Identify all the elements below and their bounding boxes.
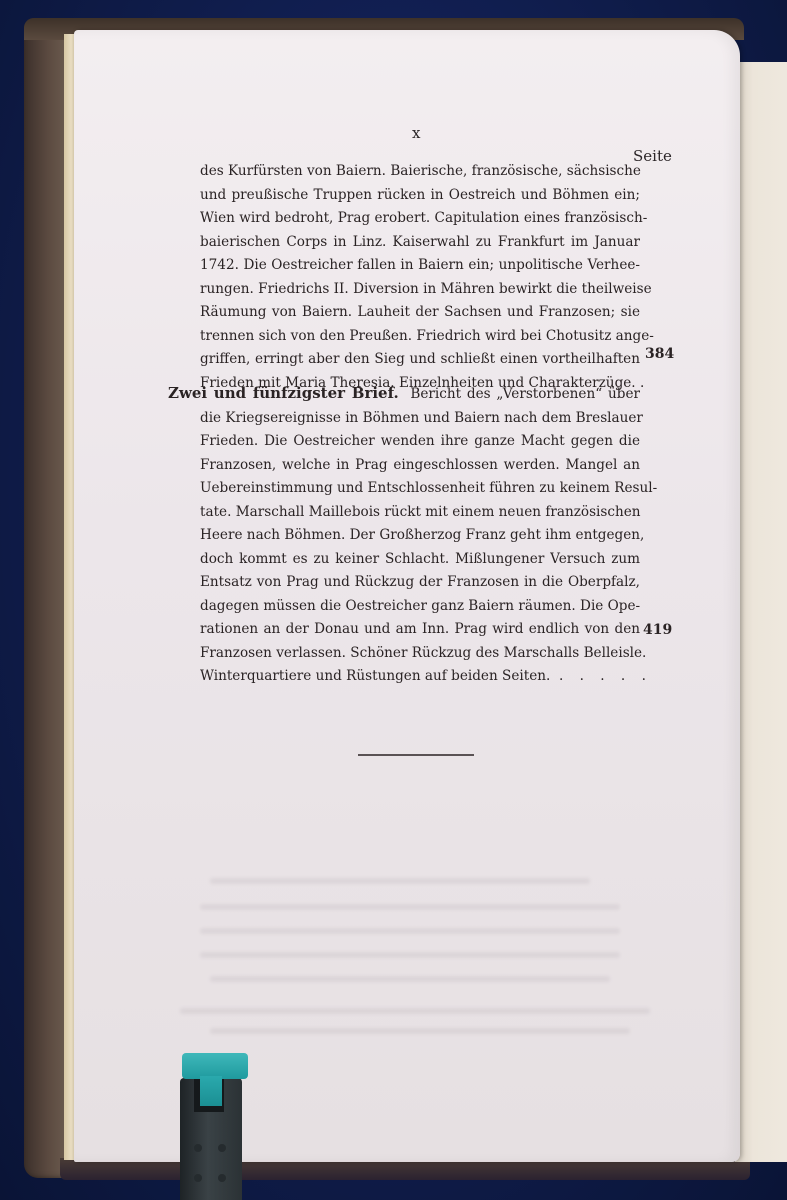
toc-entry-letter-52: Zwei und fünfzigster Brief. Bericht des … bbox=[168, 382, 640, 689]
entry-line: baierischen Corps in Linz. Kaiserwahl zu… bbox=[200, 231, 640, 255]
entry-line: dagegen müssen die Oestreicher ganz Baie… bbox=[168, 595, 640, 619]
entry-line: Entsatz von Prag und Rückzug der Franzos… bbox=[168, 571, 640, 595]
toc-page-reference: 419 bbox=[643, 622, 672, 638]
entry-line: doch kommt es zu keiner Schlacht. Mißlun… bbox=[168, 548, 640, 572]
entry-line: Wien wird bedroht, Prag erobert. Capitul… bbox=[200, 207, 640, 231]
clip-grip-dot bbox=[218, 1144, 226, 1152]
entry-line: trennen sich von den Preußen. Friedrich … bbox=[200, 325, 640, 349]
entry-last-line: Winterquartiere und Rüstungen auf beiden… bbox=[168, 665, 640, 689]
show-through-line bbox=[210, 1028, 630, 1034]
toc-page-reference: 384 bbox=[645, 346, 674, 362]
show-through-line bbox=[200, 928, 620, 934]
toc-entry-continued: des Kurfürsten von Baiern. Baierische, f… bbox=[200, 160, 640, 395]
entry-line: Uebereinstimmung und Entschlossenheit fü… bbox=[168, 477, 640, 501]
facing-page-edge bbox=[735, 62, 787, 1162]
clip-grip-dot bbox=[194, 1144, 202, 1152]
entry-line: 1742. Die Oestreicher fallen in Baiern e… bbox=[200, 254, 640, 278]
entry-first-line: Zwei und fünfzigster Brief. Bericht des … bbox=[168, 382, 640, 407]
entry-line: und preußische Truppen rücken in Oestrei… bbox=[200, 184, 640, 208]
section-divider-rule bbox=[358, 754, 474, 756]
clip-tab bbox=[200, 1076, 222, 1106]
clip-grip-dot bbox=[194, 1174, 202, 1182]
page-number: x bbox=[412, 124, 421, 142]
dot-leader: . . . . . bbox=[559, 668, 652, 684]
entry-line: Heere nach Böhmen. Der Großherzog Franz … bbox=[168, 524, 640, 548]
entry-line: Frieden. Die Oestreicher wenden ihre gan… bbox=[168, 430, 640, 454]
entry-line: des Kurfürsten von Baiern. Baierische, f… bbox=[200, 160, 640, 184]
entry-line: rungen. Friedrichs II. Diversion in Mähr… bbox=[200, 278, 640, 302]
clip-grip-dot bbox=[218, 1174, 226, 1182]
show-through-line bbox=[180, 1008, 650, 1014]
show-through-line bbox=[200, 904, 620, 910]
entry-line-text: Bericht des „Verstorbenen“ über bbox=[410, 386, 640, 402]
entry-line-text: Winterquartiere und Rüstungen auf beiden… bbox=[200, 668, 550, 684]
entry-line: tate. Marschall Maillebois rückt mit ein… bbox=[168, 501, 640, 525]
letter-heading: Zwei und fünfzigster Brief. bbox=[168, 384, 399, 402]
entry-line: Franzosen verlassen. Schöner Rückzug des… bbox=[168, 642, 640, 666]
entry-line: die Kriegsereignisse in Böhmen und Baier… bbox=[168, 407, 640, 431]
show-through-line bbox=[200, 952, 620, 958]
page-holder-clip bbox=[176, 1052, 254, 1200]
entry-line: rationen an der Donau und am Inn. Prag w… bbox=[168, 618, 640, 642]
show-through-line bbox=[210, 878, 590, 884]
show-through-line bbox=[210, 976, 610, 982]
entry-line: Räumung von Baiern. Lauheit der Sachsen … bbox=[200, 301, 640, 325]
entry-line: Franzosen, welche in Prag eingeschlossen… bbox=[168, 454, 640, 478]
entry-line: griffen, erringt aber den Sieg und schli… bbox=[200, 348, 640, 372]
